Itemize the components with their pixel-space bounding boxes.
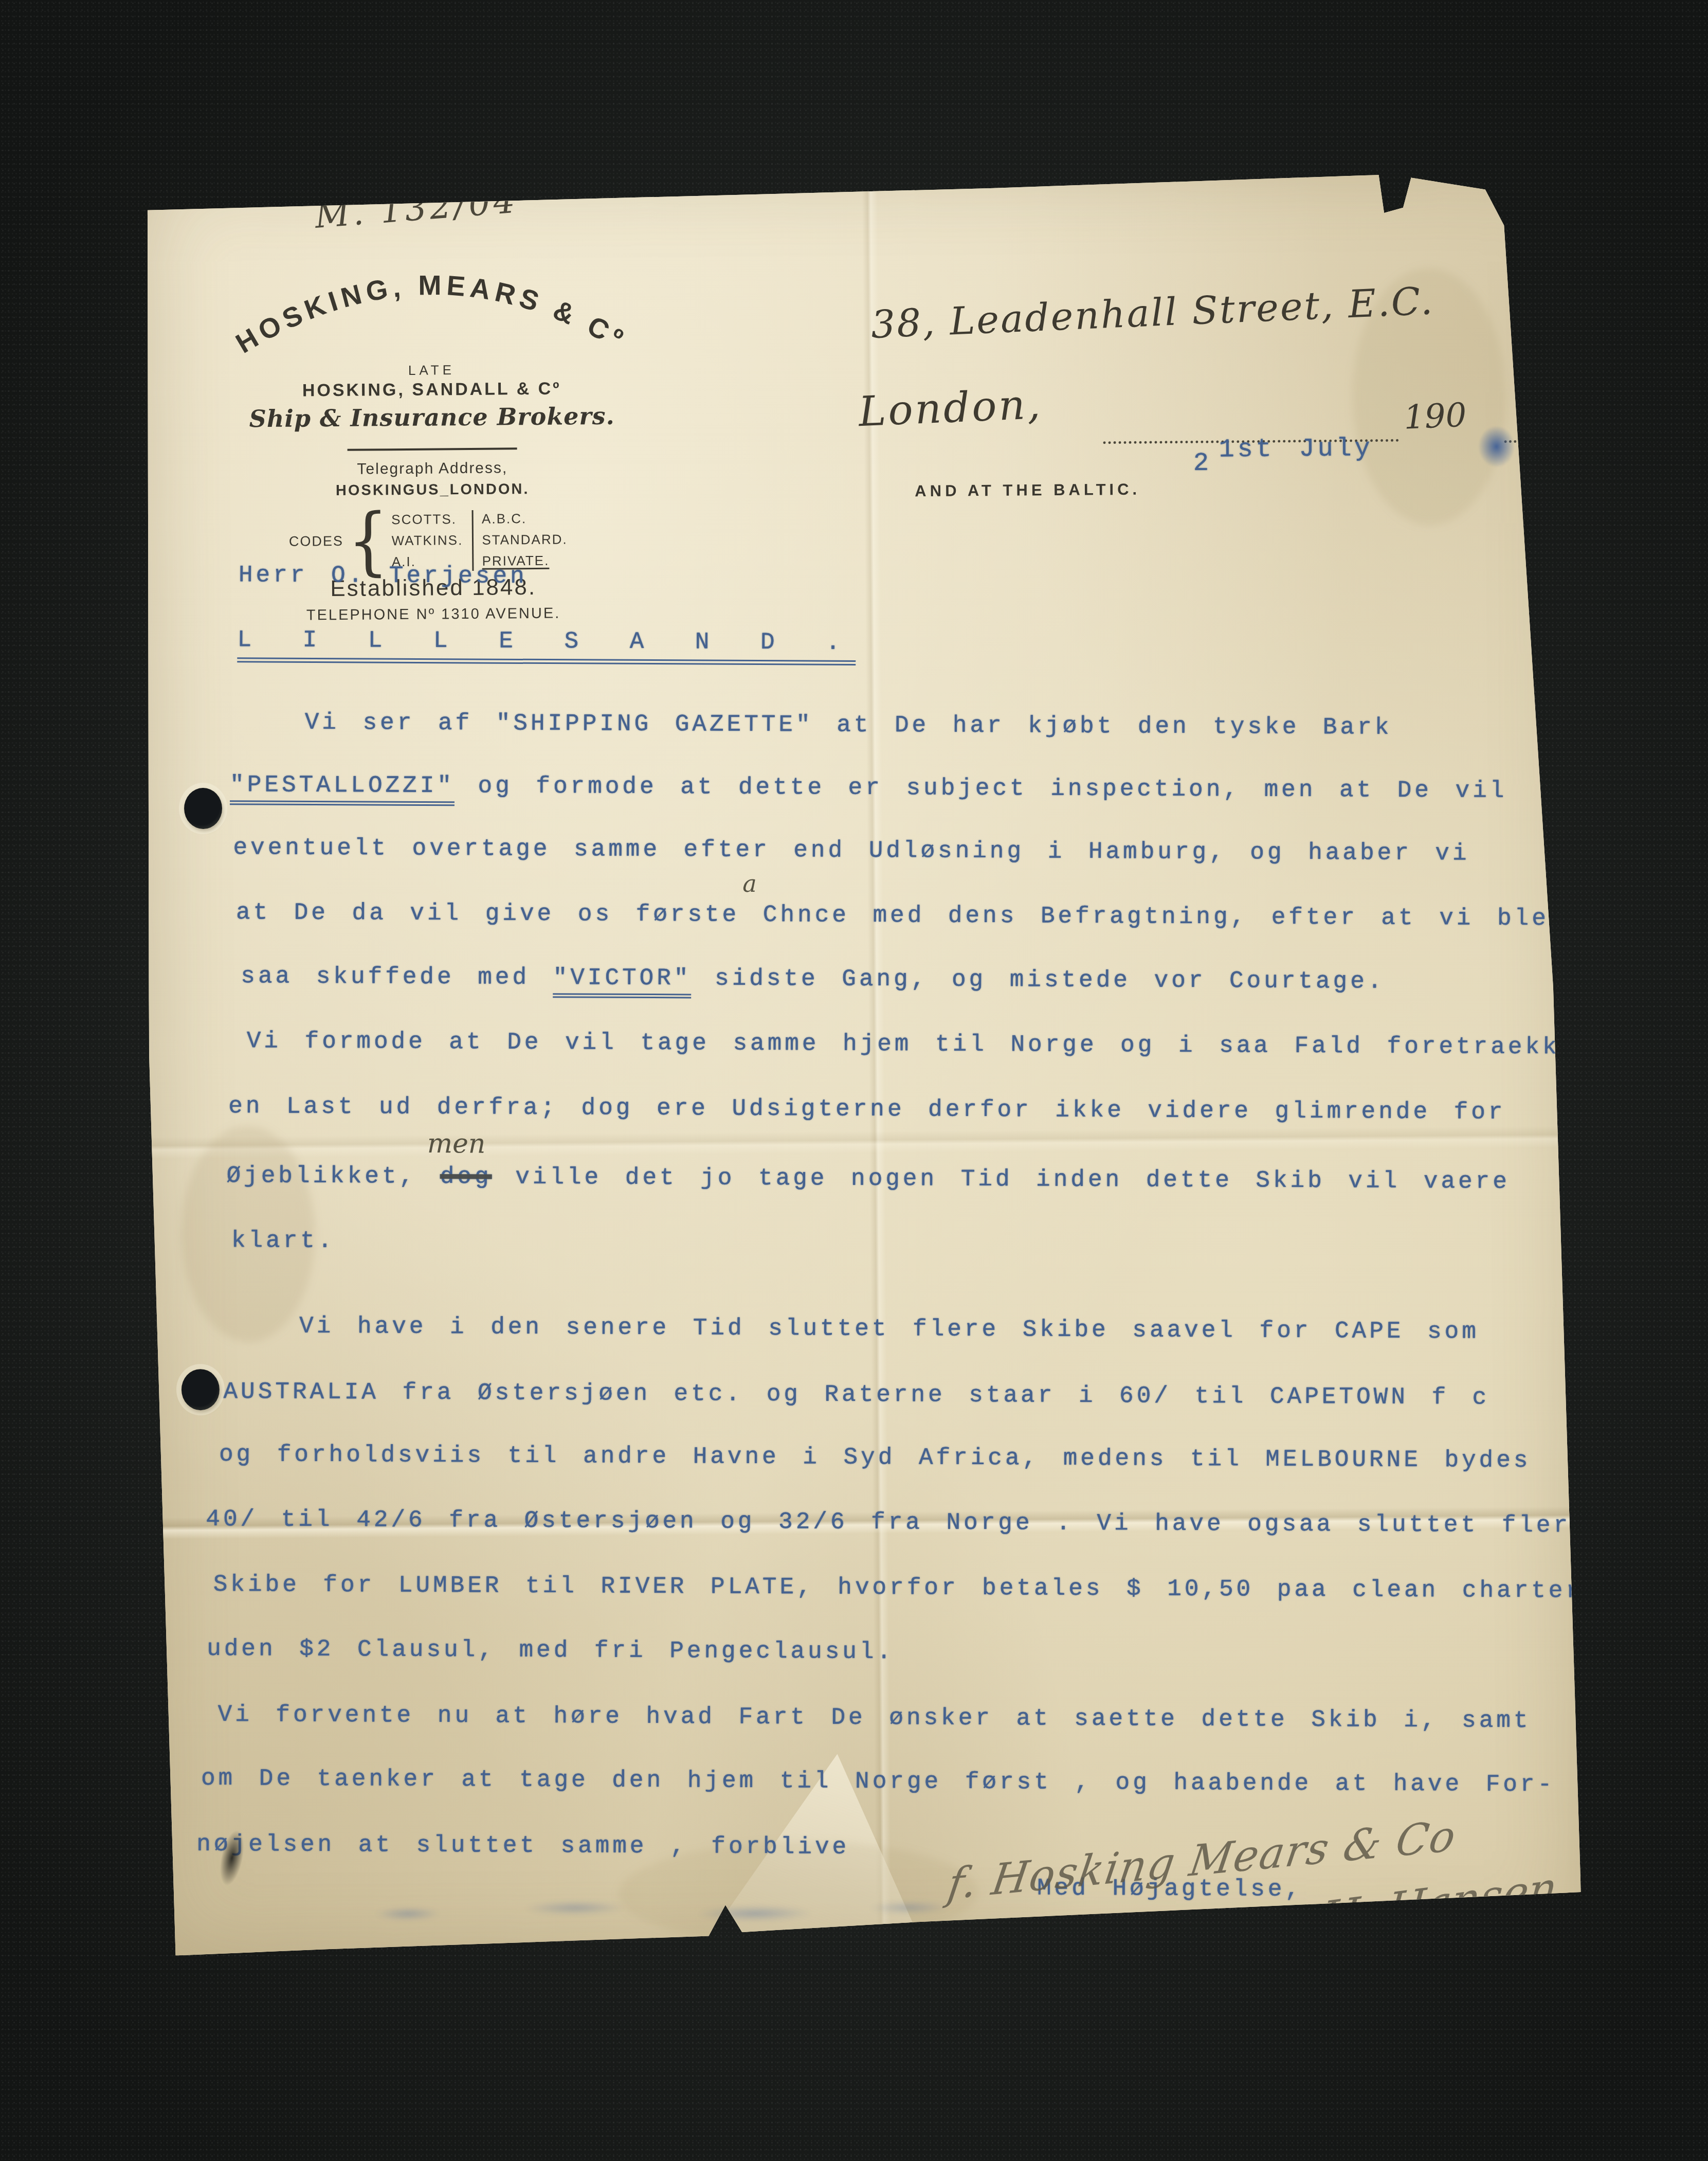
ship-name-victor: "VICTOR" xyxy=(553,964,691,998)
body-line: en Last ud derfra; dog ere Udsigterne de… xyxy=(228,1093,1506,1126)
body-line: Vi have i den senere Tid sluttet flere S… xyxy=(299,1313,1479,1345)
handwritten-correction-a: a xyxy=(742,870,757,897)
body-line: eventuelt overtage samme efter end Udløs… xyxy=(233,834,1469,867)
recipient-name: Herr O. Terjesen xyxy=(239,562,528,590)
ship-name-pestallozzi: "PESTALLOZZI" xyxy=(230,771,455,806)
body-line: Øjeblikket, dogmen ville det jo tage nog… xyxy=(226,1162,1510,1195)
body-line: om De taenker at tage den hjem til Norge… xyxy=(201,1765,1555,1798)
handwritten-correction-men: men xyxy=(427,1128,486,1160)
body-line: Vi forvente nu at høre hvad Fart De ønsk… xyxy=(217,1701,1531,1734)
body-line: "PESTALLOZZI" og formode at dette er sub… xyxy=(230,771,1507,804)
ink-offset-smudge xyxy=(331,1884,974,1935)
body-line: 40/ til 42/6 fra Østersjøen og 32/6 fra … xyxy=(206,1506,1588,1539)
body-line: at De da vil give os første Chance med d… xyxy=(236,899,1584,932)
body-line: Skibe for LUMBER til RIVER PLATE, hvorfo… xyxy=(213,1571,1584,1605)
body-line: klart. xyxy=(231,1227,335,1254)
body-line: og forholdsviis til andre Havne i Syd Af… xyxy=(219,1441,1531,1474)
struck-out-word: dog xyxy=(440,1163,492,1190)
letter-paper: M. 132/04 HOSKING, MEARS & Cº LATE HOSKI… xyxy=(142,164,1583,1960)
body-line: nøjelsen at sluttet samme , forblive xyxy=(196,1831,849,1861)
body-line: AUSTRALIA fra Østersjøen etc. og Raterne… xyxy=(223,1378,1489,1411)
scanned-letter-page: { "ref_number": "M. 132/04", "letterhead… xyxy=(0,0,1708,2161)
recipient-city: L I L L E S A N D . xyxy=(237,626,856,656)
body-line: Vi formode at De vil tage samme hjem til… xyxy=(247,1028,1577,1060)
typed-body-layer: Herr O. Terjesen L I L L E S A N D . Vi … xyxy=(139,174,1574,1966)
body-line: uden $2 Clausul, med fri Pengeclausul. xyxy=(207,1635,894,1665)
body-line: saa skuffede med "VICTOR" sidste Gang, o… xyxy=(241,963,1385,995)
body-line: Vi ser af "SHIPPING GAZETTE" at De har k… xyxy=(305,709,1392,741)
